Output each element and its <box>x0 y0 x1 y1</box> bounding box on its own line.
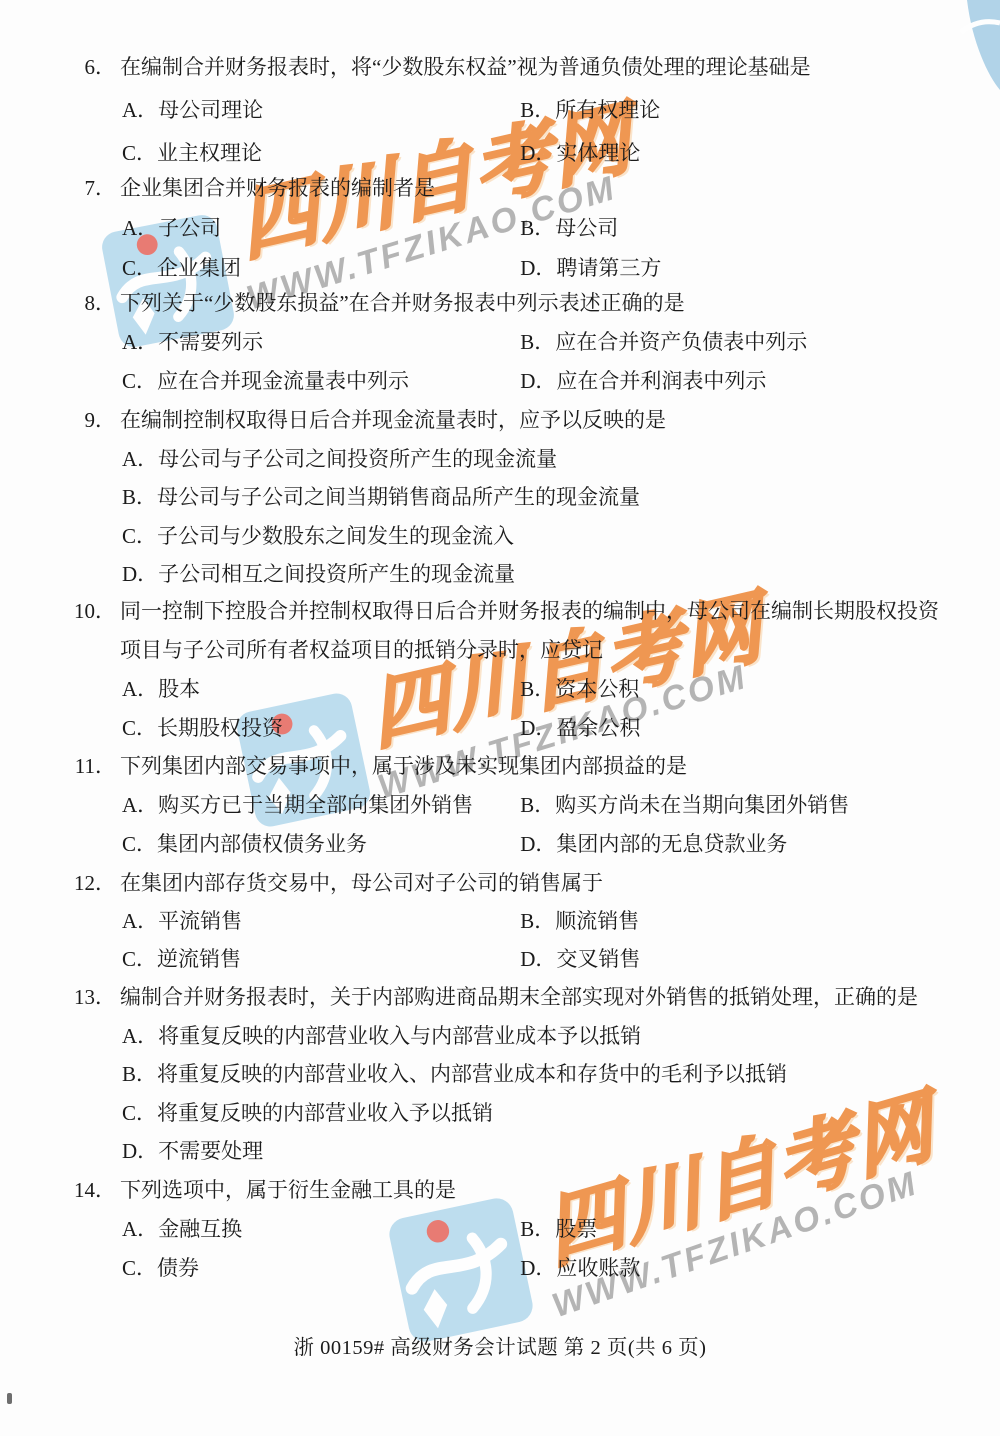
question-number: 6． <box>74 46 116 89</box>
question-stem: 8． 下列关于“少数股东损益”在合并财务报表中列示表述正确的是 <box>0 284 1000 323</box>
option-b: B．所有权理论 <box>520 89 660 132</box>
question-9: 9． 在编制控制权取得日后合并现金流量表时，应予以反映的是 A．母公司与子公司之… <box>0 401 1000 594</box>
option-row: A．股本 B．资本公积 <box>0 670 1000 709</box>
question-number: 11． <box>74 747 116 786</box>
question-stem: 7． 企业集团合并财务报表的编制者是 <box>0 168 1000 208</box>
option-c: C．集团内部债权债务业务 <box>122 825 515 864</box>
option-d: D．交叉销售 <box>520 940 640 978</box>
question-text: 在编制合并财务报表时，将“少数股东权益”视为普通负债处理的理论基础是 <box>120 46 948 89</box>
option-c: C．应在合并现金流量表中列示 <box>122 362 515 401</box>
option-a: A．股本 <box>122 670 515 709</box>
option-row: C．债券 D．应收账款 <box>0 1249 1000 1288</box>
option-c: C．子公司与少数股东之间发生的现金流入 <box>122 517 514 556</box>
option-c: C．逆流销售 <box>122 940 515 978</box>
option-c: C．长期股权投资 <box>122 709 515 748</box>
option-row: A．金融互换 B．股票 <box>0 1210 1000 1249</box>
option-a: A．平流销售 <box>122 902 515 940</box>
option-b: B．将重复反映的内部营业收入、内部营业成本和存货中的毛利予以抵销 <box>122 1055 787 1094</box>
option-a: A．子公司 <box>122 208 515 248</box>
option-d: D．子公司相互之间投资所产生的现金流量 <box>122 555 515 594</box>
option-c: C．债券 <box>122 1249 515 1288</box>
option-b: B．应在合并资产负债表中列示 <box>520 323 807 362</box>
exam-content: 6． 在编制合并财务报表时，将“少数股东权益”视为普通负债处理的理论基础是 A．… <box>0 0 1000 1436</box>
question-text: 编制合并财务报表时，关于内部购进商品期末全部实现对外销售的抵销处理，正确的是 <box>120 978 948 1017</box>
option-row: A．将重复反映的内部营业收入与内部营业成本予以抵销 <box>0 1017 1000 1056</box>
option-b: B．母公司 <box>520 208 618 248</box>
question-number: 9． <box>74 401 116 440</box>
option-c: C．将重复反映的内部营业收入予以抵销 <box>122 1094 493 1133</box>
question-number: 13． <box>74 978 116 1017</box>
option-row: C．将重复反映的内部营业收入予以抵销 <box>0 1094 1000 1133</box>
option-a: A．将重复反映的内部营业收入与内部营业成本予以抵销 <box>122 1017 641 1056</box>
option-row: A．购买方已于当期全部向集团外销售 B．购买方尚未在当期向集团外销售 <box>0 786 1000 825</box>
question-stem: 11． 下列集团内部交易事项中，属于涉及未实现集团内部损益的是 <box>0 747 1000 786</box>
page-footer: 浙 00159# 高级财务会计试题 第 2 页(共 6 页) <box>0 1330 1000 1360</box>
question-7: 7． 企业集团合并财务报表的编制者是 A．子公司 B．母公司 C．企业集团 D．… <box>0 168 1000 288</box>
option-row: A．不需要列示 B．应在合并资产负债表中列示 <box>0 323 1000 362</box>
option-row: C．应在合并现金流量表中列示 D．应在合并利润表中列示 <box>0 362 1000 401</box>
question-text: 企业集团合并财务报表的编制者是 <box>120 168 948 208</box>
question-stem: 6． 在编制合并财务报表时，将“少数股东权益”视为普通负债处理的理论基础是 <box>0 46 1000 89</box>
option-row: C．逆流销售 D．交叉销售 <box>0 940 1000 978</box>
question-text: 下列关于“少数股东损益”在合并财务报表中列示表述正确的是 <box>120 284 948 323</box>
option-row: D．不需要处理 <box>0 1132 1000 1171</box>
option-a: A．购买方已于当期全部向集团外销售 <box>122 786 515 825</box>
scan-artifact <box>7 1393 12 1404</box>
question-number: 12． <box>74 864 116 902</box>
option-row: C．企业集团 D．聘请第三方 <box>0 248 1000 288</box>
option-row: C．子公司与少数股东之间发生的现金流入 <box>0 517 1000 556</box>
option-row: A．平流销售 B．顺流销售 <box>0 902 1000 940</box>
option-d: D．应收账款 <box>520 1249 640 1288</box>
option-row: B．将重复反映的内部营业收入、内部营业成本和存货中的毛利予以抵销 <box>0 1055 1000 1094</box>
question-stem: 10． 同一控制下控股合并控制权取得日后合并财务报表的编制中，母公司在编制长期股… <box>0 592 1000 670</box>
question-stem: 14． 下列选项中，属于衍生金融工具的是 <box>0 1171 1000 1210</box>
option-row: A．子公司 B．母公司 <box>0 208 1000 248</box>
option-row: B．母公司与子公司之间当期销售商品所产生的现金流量 <box>0 478 1000 517</box>
option-row: A．母公司理论 B．所有权理论 <box>0 89 1000 132</box>
question-stem: 9． 在编制控制权取得日后合并现金流量表时，应予以反映的是 <box>0 401 1000 440</box>
option-a: A．金融互换 <box>122 1210 515 1249</box>
option-d: D．不需要处理 <box>122 1132 263 1171</box>
option-d: D．盈余公积 <box>520 709 640 748</box>
option-d: D．应在合并利润表中列示 <box>520 362 766 401</box>
question-text: 下列集团内部交易事项中，属于涉及未实现集团内部损益的是 <box>120 747 948 786</box>
question-12: 12． 在集团内部存货交易中，母公司对子公司的销售属于 A．平流销售 B．顺流销… <box>0 864 1000 978</box>
question-6: 6． 在编制合并财务报表时，将“少数股东权益”视为普通负债处理的理论基础是 A．… <box>0 46 1000 175</box>
exam-page: 四川自考网 WWW.TFZIKAO.COM 四川自考网 WWW.TFZIKAO.… <box>0 0 1000 1436</box>
option-row: C．长期股权投资 D．盈余公积 <box>0 709 1000 748</box>
option-a: A．母公司理论 <box>122 89 515 132</box>
option-a: A．母公司与子公司之间投资所产生的现金流量 <box>122 440 557 479</box>
option-row: D．子公司相互之间投资所产生的现金流量 <box>0 555 1000 594</box>
question-stem: 13． 编制合并财务报表时，关于内部购进商品期末全部实现对外销售的抵销处理，正确… <box>0 978 1000 1017</box>
option-b: B．母公司与子公司之间当期销售商品所产生的现金流量 <box>122 478 640 517</box>
question-8: 8． 下列关于“少数股东损益”在合并财务报表中列示表述正确的是 A．不需要列示 … <box>0 284 1000 401</box>
question-stem: 12． 在集团内部存货交易中，母公司对子公司的销售属于 <box>0 864 1000 902</box>
question-number: 7． <box>74 168 116 208</box>
question-10: 10． 同一控制下控股合并控制权取得日后合并财务报表的编制中，母公司在编制长期股… <box>0 592 1000 748</box>
option-row: A．母公司与子公司之间投资所产生的现金流量 <box>0 440 1000 479</box>
question-number: 8． <box>74 284 116 323</box>
option-row: C．集团内部债权债务业务 D．集团内部的无息贷款业务 <box>0 825 1000 864</box>
question-11: 11． 下列集团内部交易事项中，属于涉及未实现集团内部损益的是 A．购买方已于当… <box>0 747 1000 864</box>
question-text: 下列选项中，属于衍生金融工具的是 <box>120 1171 948 1210</box>
question-13: 13． 编制合并财务报表时，关于内部购进商品期末全部实现对外销售的抵销处理，正确… <box>0 978 1000 1171</box>
option-d: D．集团内部的无息贷款业务 <box>520 825 787 864</box>
question-number: 14． <box>74 1171 116 1210</box>
option-b: B．资本公积 <box>520 670 639 709</box>
question-text: 在集团内部存货交易中，母公司对子公司的销售属于 <box>120 864 948 902</box>
option-a: A．不需要列示 <box>122 323 515 362</box>
option-c: C．企业集团 <box>122 248 515 288</box>
question-number: 10． <box>74 592 116 631</box>
question-14: 14． 下列选项中，属于衍生金融工具的是 A．金融互换 B．股票 C．债券 D．… <box>0 1171 1000 1288</box>
question-text: 同一控制下控股合并控制权取得日后合并财务报表的编制中，母公司在编制长期股权投资项… <box>120 592 948 670</box>
option-b: B．购买方尚未在当期向集团外销售 <box>520 786 849 825</box>
option-d: D．聘请第三方 <box>520 248 661 288</box>
option-b: B．股票 <box>520 1210 597 1249</box>
option-b: B．顺流销售 <box>520 902 639 940</box>
question-text: 在编制控制权取得日后合并现金流量表时，应予以反映的是 <box>120 401 948 440</box>
